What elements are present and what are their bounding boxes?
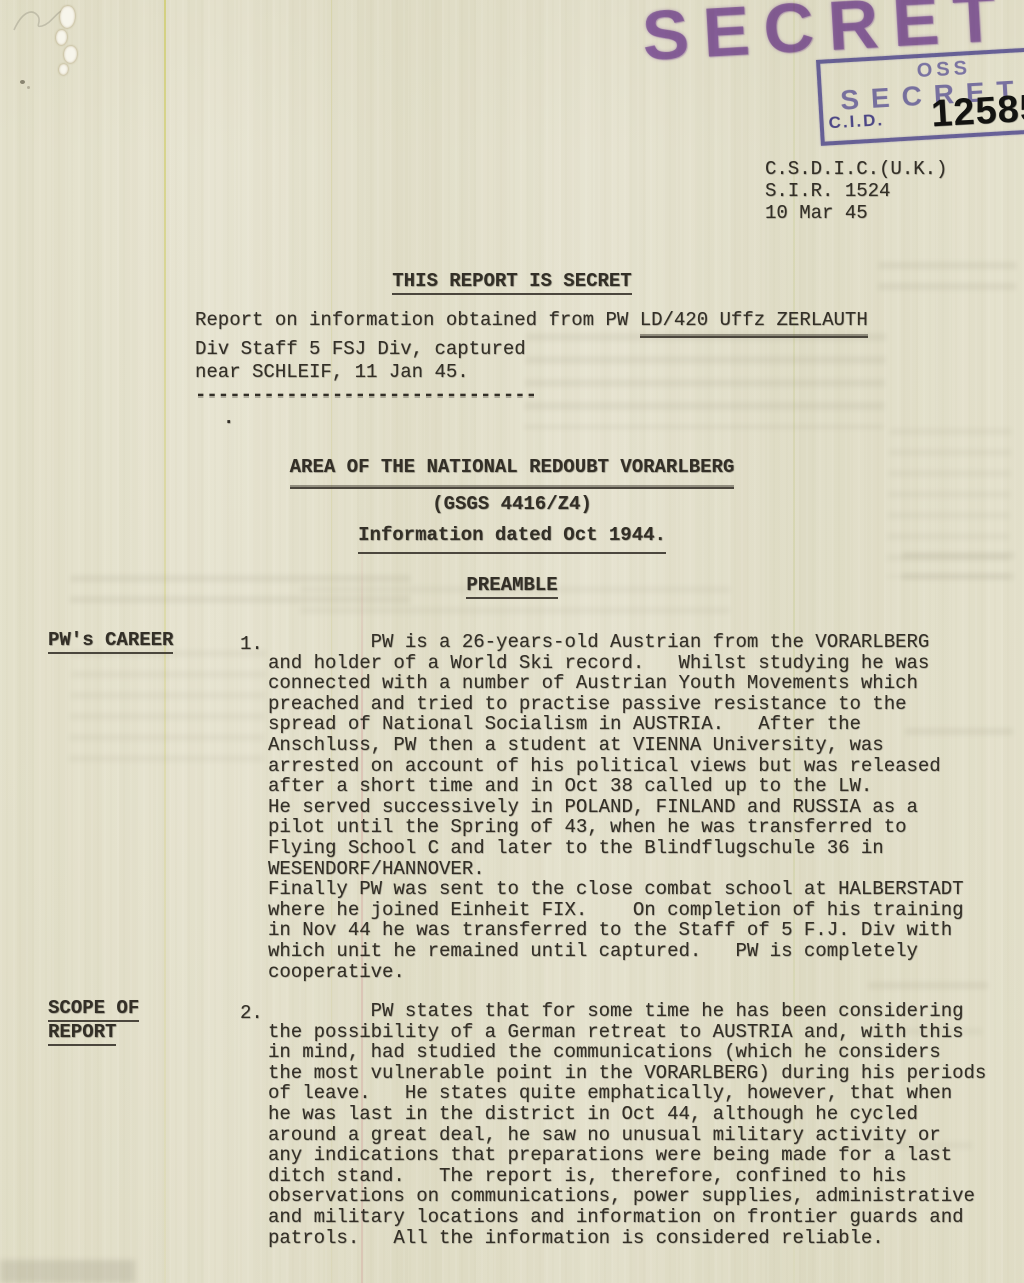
map-reference: (GSGS 4416/Z4) bbox=[0, 489, 1024, 520]
section-label-text: PW's CAREER bbox=[48, 630, 173, 654]
source-line-1: Report on information obtained from PW L… bbox=[195, 309, 868, 338]
date-line: 10 Mar 45 bbox=[765, 202, 947, 224]
source-line-2: Div Staff 5 FSJ Div, captured bbox=[195, 338, 868, 361]
section-label-pw-career: PW's CAREER bbox=[48, 630, 173, 654]
preamble-heading: PREAMBLE bbox=[0, 574, 1024, 599]
source-line-3: near SCHLEIF, 11 Jan 45. bbox=[195, 361, 868, 384]
source-line-1-prefix: Report on information obtained from PW bbox=[195, 309, 640, 331]
report-title: AREA OF THE NATIONAL REDOUBT VORARLBERG bbox=[0, 452, 1024, 489]
document-page: SECRET OSS SECRET C.I.D. 12585 C.S.D.I.C… bbox=[0, 0, 1024, 1283]
source-description: Report on information obtained from PW L… bbox=[195, 309, 868, 430]
classification-heading-text: THIS REPORT IS SECRET bbox=[392, 270, 631, 295]
section-label-text: SCOPE OF bbox=[48, 998, 139, 1022]
classification-heading: THIS REPORT IS SECRET bbox=[0, 270, 1024, 295]
report-title-block: AREA OF THE NATIONAL REDOUBT VORARLBERG … bbox=[0, 452, 1024, 554]
paragraph-body-2: PW states that for some time he has been… bbox=[268, 1001, 986, 1248]
stray-period: . bbox=[223, 407, 868, 430]
preamble-heading-text: PREAMBLE bbox=[466, 574, 557, 599]
paper-speck bbox=[20, 80, 25, 84]
reference-line: S.I.R. 1524 bbox=[765, 180, 947, 202]
oss-secret-cid-stamp: OSS SECRET C.I.D. 12585 bbox=[816, 45, 1024, 145]
information-date-text: Information dated Oct 1944. bbox=[358, 520, 666, 554]
section-label-text: REPORT bbox=[48, 1022, 116, 1046]
paragraph-number-2: 2. bbox=[240, 1002, 263, 1024]
bleed-through-ghost bbox=[68, 650, 266, 775]
paper-damage-blob bbox=[59, 64, 68, 75]
document-header: C.S.D.I.C.(U.K.) S.I.R. 1524 10 Mar 45 bbox=[765, 158, 947, 224]
paragraph-number-1: 1. bbox=[240, 633, 263, 655]
paper-speck bbox=[27, 86, 30, 89]
section-label-scope-of-report: SCOPE OF REPORT bbox=[48, 998, 139, 1046]
bleed-through-ghost bbox=[868, 982, 988, 998]
cid-label: C.I.D. bbox=[828, 110, 885, 133]
org-line: C.S.D.I.C.(U.K.) bbox=[765, 158, 947, 180]
typed-separator: ------------------------------ bbox=[195, 384, 868, 407]
pw-identifier: LD/420 Uffz ZERLAUTH bbox=[640, 309, 868, 338]
paper-damage-blob bbox=[56, 30, 67, 45]
information-date: Information dated Oct 1944. bbox=[0, 520, 1024, 554]
report-title-text: AREA OF THE NATIONAL REDOUBT VORARLBERG bbox=[290, 452, 735, 489]
paper-damage-blob bbox=[64, 46, 77, 63]
bottom-edge-shadow bbox=[0, 1260, 135, 1283]
paragraph-body-1: PW is a 26-years-old Austrian from the V… bbox=[268, 632, 964, 982]
stamp-serial-number: 12585 bbox=[930, 87, 1024, 136]
